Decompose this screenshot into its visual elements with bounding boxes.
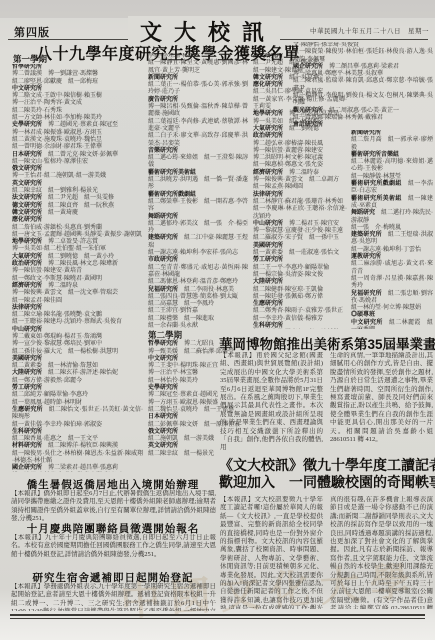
winner-name-line: 組二陳健群·陳室琼·王凱倫 xyxy=(253,287,347,294)
winner-name-line: 組一陳孟燕·陳國圓 xyxy=(253,184,347,191)
winner-name-line: 組二鄭榮華·王俊彬 組一開若惠·李啓容 xyxy=(148,199,248,214)
winner-name-line: 組一陳建文·陳世璋 xyxy=(253,68,347,75)
institute-section-header: 生科研究所 xyxy=(253,323,347,329)
winner-name-line: 組一李幸玲·黃信儀·楊雅芳 xyxy=(253,316,347,323)
article-b1-body-left: 【本報訊】甫於國父紀念館(國畫組、西畫組)與世貿展覽館(設計組)完成展出的中國文… xyxy=(220,352,323,452)
winner-name-line: 組二陳禮樂 組一陳進取 xyxy=(148,316,248,323)
winner-name-line: 組二陳美玲·石秀珠 xyxy=(12,108,143,115)
winner-name-line: 組一王聰裕·陳建均·沈穎玲·蔡輝武·吳俊育 xyxy=(12,319,143,326)
winner-name-line: 博一吳美如 組二林育琼 xyxy=(253,119,347,126)
winner-name-line: 組二麻添勝·戚旭志·黃文君·來青青 xyxy=(351,261,433,276)
winner-name-line: 組二廖堅恩·邱獻慶 組一邱梅瑄 xyxy=(12,79,143,86)
winner-name-line: 地學研究所 博二許志賞·卓盈旻 xyxy=(253,111,347,118)
institute-section-header: 法律研究所 xyxy=(253,192,347,199)
winner-name-line: 組二王一平·李惠玲·顧陽翠愉 xyxy=(253,265,347,272)
winner-name-line: 組一黃佳儀·李幸玲·陳伯璋·郭淑姿 xyxy=(12,422,143,429)
winner-name-line: 兒福研究所 組二李雨役·林惠美 xyxy=(148,287,248,294)
issue-date: 中華民國九十年五月二十八日 星期一 xyxy=(307,26,429,35)
winner-name-line: 生應研究所 組二陳怡文·張世正·呂美虹·黃文信·陳琬彤 xyxy=(12,407,143,422)
winner-name-line: 組二邱純芳·顧陽翠愉·李惠玲 xyxy=(12,392,143,399)
winner-name-line: 材料研究所 組二陳博洋·楊牧臣·陳興漢 xyxy=(12,443,143,450)
winner-name-line: 博一汪治平·陶秀容·黃文成 xyxy=(12,100,143,107)
winner-name-line: 組二葉福廷·李尚修·武連斌·蔡敬譚·林進豪·文麗平 xyxy=(148,119,248,134)
name-list-col3: 法文研究所組二尹光超 組一鄭亮宏組一陳建文·陳世璋韓文研究所 組一吳京燕應化研究… xyxy=(253,53,347,329)
article-b2-body-left: 【本報訊】文大校訊要徵九十學年度工讀記者囉!這份屬於華岡人的報紙—《文大校訊》,… xyxy=(220,496,323,609)
article-b1-headline: 華岡博物館推出美術系第35屆畢業畫展 xyxy=(219,333,433,353)
article-b2-headline-line2: 歡迎加入 一同體驗校園的奇聞軼事 xyxy=(219,474,433,491)
winner-name-line: 組一謝志遠·賴坤利·丁雲怡 xyxy=(351,247,433,254)
winner-name-line: 史學研究所 博二趙國光·蔡素貞·陳冠至 xyxy=(12,122,143,129)
winner-name-line: 日本研究所 組二曾元克·陳文妍·彭佩華 xyxy=(12,152,143,159)
winner-name-line: 組二吳昌仁·廖學誠·袁易宏 xyxy=(253,89,347,96)
name-list-col4: 新聞研究所組二詹月喬 組一郭承章·廖煙毅藝術研究所音樂組組二林麗霞·高明德·來煒… xyxy=(351,130,433,329)
winner-name-line: 組二詹伯威·游鎮松·吳惠真·劉秀蘭 xyxy=(12,225,143,232)
institute-section-header: 勞工研究所 xyxy=(253,257,347,264)
winner-name-line: 組二洪曉芳·洪明遇 組一僑一賢·潘蓬彤 xyxy=(148,177,248,192)
winner-name-line: 組二詹月喬 組一郭承章·廖煙毅 xyxy=(351,137,433,152)
winner-name-line: 組一陳靜儀·林慧瑩 xyxy=(351,174,433,181)
winner-name-line: 組二白子禾·廖文華·高致存·邱慶華·洪榮杰·呂娈笑 xyxy=(148,133,248,148)
page-number-label: 第四版 xyxy=(14,24,50,40)
winner-name-line: 中文研究所 組二林麗霞 組一麻秀卿 xyxy=(351,320,433,329)
winner-name-line: 組二羅淑芬·宋子賢 組一孫中玉 xyxy=(253,235,347,242)
article-b2-body-right: 真的很有趣,在許多機會上報導表演節目或是選一場令你感動不已的演講;而新聞二謝靜韻… xyxy=(330,496,433,609)
institute-section-header: 廣告研究所 xyxy=(148,97,248,104)
winner-name-line: 組一黃家官·李文馨·楊正修·孟麗卿·王莉雯 xyxy=(253,97,347,112)
winner-name-line: 組一李慶琳·林正欣·王聰裕·余信達·沈穎玲 xyxy=(253,206,347,221)
institute-section-header: 大陸研究所 xyxy=(253,279,347,286)
winner-name-line: 建築研究所 組二江中豪·陳麗慧·王煜瑞 xyxy=(148,235,248,250)
winner-name-line: 組一曾明德·余添財·廖君珠·王偉華 xyxy=(12,144,143,151)
institute-section-header: 法律研究所 xyxy=(12,305,143,312)
newspaper-page: 中國文化大學 第四版 文大校訊 中華民國九十年五月二十八日 星期一 八十九學年度… xyxy=(0,0,435,640)
winner-name-line: 組一鄭方偉·游毅然·邱麗今 xyxy=(12,378,143,385)
winner-name-line: 組一陳惠楨·鄭惠文·張允姿 xyxy=(253,162,347,169)
winner-name-line: 組二尹光超 組一鄭亮宏 xyxy=(253,60,347,67)
winner-name-line: 組二張四良·曾慧態·簡菜格·劉太甌 xyxy=(148,294,248,301)
winner-name-line: 博一陳信螢·陳建安·黃培青 xyxy=(12,268,143,275)
winner-name-line: 經濟研究所 博二溫時泰 xyxy=(253,170,347,177)
winner-name-line: 兒福研究所 組二張忠順·劉容孜·馮娩君 xyxy=(351,291,433,306)
winner-name-line: 組二孫佳佞·羅大元 組一楊松樹·洪慧明 xyxy=(12,349,143,356)
winner-name-line: 藝術研究所美術組 組一陳建成·巫素貞 xyxy=(351,196,433,211)
winner-name-line: 組二馮愫恩·林登莉·溫青彥·鄭應玲 xyxy=(148,279,248,286)
article-b2-headline: 《文大校訊》徵九十學年度工讀記者 歡迎加入 一同體驗校園的奇聞軼事 xyxy=(219,457,433,491)
winner-name-line: 舞蹈研究 組二邁打玲·陳洗民·游淑靜 xyxy=(351,210,433,225)
winner-name-line: 組一陳靜宜·陳呈文·黃曉惠·劉國彥·林鳳宜·黃上芳·龔明芝 xyxy=(148,60,248,75)
winner-name-line: 藝術研究所戲劇組 組一李浩臣·白志宏 xyxy=(351,181,433,196)
institute-section-header: 市政研究所 xyxy=(148,257,248,264)
institute-section-header: 英文研究所 xyxy=(12,181,143,188)
article-b2-headline-line1: 《文大校訊》徵九十學年度工讀記者 xyxy=(219,457,433,474)
bottom-rule xyxy=(10,614,425,619)
winner-name-line: 國企研究所 博二梁素君·趙昌華·張惠莉 xyxy=(12,465,143,472)
winner-name-line: 博二曾議漢 博一劉謙萱·馮燦馨 xyxy=(12,71,143,78)
winner-name-line: 組一周奇澤·呂星漢·陳嘉燕·陳秀玲 xyxy=(351,276,433,291)
winner-name-line: 博一陳俊興·黃雲文 組一沈文華·管瑞芸 xyxy=(12,290,143,297)
winner-name-line: 大陸研究所 組二陳玄祥·游評述·陳怡妮 xyxy=(12,370,143,377)
institute-section-header: 美國研究所 xyxy=(253,243,347,250)
winner-name-line: 博一王怡君·組二施朝凱·組一游美娥 xyxy=(12,173,143,180)
winner-name-line: 博一宣少俊·黎淑慧·鄭培民·劉軍中 xyxy=(12,341,143,348)
article-a1-body: 【本報訊】僑外組即日起至6月7日止,代辦暑假僑生返僑居地出入境手續,請同學攜帶應… xyxy=(11,490,216,521)
article-b1-body-right: 生命的真情,一筆筆地描繪設計出,其細膩用心的創作方式,皆是自由、擺脫盡情所致的發… xyxy=(330,352,433,452)
winner-name-line: 大氣研究所 組二劉曉憶 組一黃小玲 xyxy=(12,254,143,261)
institute-section-header: 應化研究所 xyxy=(12,217,143,224)
institute-section-header: 中山研究所 xyxy=(12,327,143,334)
winner-name-line: 組一鄭政文·李斯慧·陳曉君·黃國明 xyxy=(12,276,143,283)
winner-name-line: 建築研究所 組二王煜瑞·洪淑惠·吳悠明 xyxy=(351,232,433,247)
winner-name-line: 組二鄭秀杏·陳雨子·袁雅芳·張世正 xyxy=(253,308,347,315)
winner-name-line: 組一陳廷發·張佩茹·鄭方偉 xyxy=(253,294,347,301)
name-list-col1: 哲學研究所博二曾議漢 博一劉謙萱·馮燦馨組二廖堅恩·邱獻慶 組一邱梅瑄中文研究所… xyxy=(12,64,143,472)
winner-name-line: 組一陳孟君·陳佳圓 xyxy=(12,298,143,305)
institute-section-header: 藝術研究所美術組 xyxy=(148,170,248,177)
winner-name-line: 組一葉鳳凰·趙時節·林明財 xyxy=(12,400,143,407)
institute-section-header: ◎碩專班 xyxy=(351,312,433,319)
institute-section-header: 政治研究所 xyxy=(253,133,347,140)
article-a3-body: 【本報訊】學務處僑外組表示,九十學年度第一學期研究生宿舍遞補即日起開始登記,意者… xyxy=(11,583,216,611)
winner-name-line: 組一余春蘭·吳永猷 xyxy=(148,323,248,330)
winner-name-line: 博二趙弘章·廖椿濤·陳長風 xyxy=(253,141,347,148)
winner-name-line: 組二邁郁玲·郭美汶 組一張 介·楊亞玲 xyxy=(148,221,248,236)
institute-section-header: 藝術研究所戲劇組 xyxy=(148,192,248,199)
winner-name-line: 組一陳俊男·吳仕之·林柏樹·陳恩杰·朱益新·陳威翔·林德杰·林仕韜 xyxy=(12,451,143,466)
winner-name-line: 組二葉正一·楊伯恭·張心美·郭承強·劉玲婷·莊乃子 xyxy=(148,82,248,97)
winner-name-line: 組二林麗霞·高明德·來煒姐·邁心筠·王俊彬 xyxy=(351,159,433,174)
winner-name-line: 法文研究所 組二尹光超 組一吳雯修 xyxy=(12,195,143,202)
winner-name-line: 組二邁心筠·來煒姐 組一王澄梨·陳諄儀 xyxy=(148,155,248,170)
article-a2-body: 【本報訊】九十年十月慶典陪團聯絡員徵選,自即日起至六月廿日止報名。本校有意於國慶… xyxy=(11,534,216,568)
winner-name-line: 博一林君成·陳振盛·歐淑恩·方翊玉 xyxy=(12,130,143,137)
winner-name-line: 博一陳呂相·吳甄倫·溫秋香·陳草樺·曾麗薇·施國政 xyxy=(148,104,248,119)
institute-section-header: 舞蹈研究所 xyxy=(148,214,248,221)
winner-name-line: 組二至青青·鄭盛元·戚旭志·黃恆兩·陳嘉莅·林國龍 xyxy=(148,265,248,280)
winner-name-line: 博一吳美如·組二杜伯聖·組一朱伯軍 xyxy=(12,246,143,253)
winner-name-line: 組二王沛宜·劉哲嘉 xyxy=(148,308,248,315)
winner-name-line: 德文研究所 組二陳貞齊 組一阮秋燕 xyxy=(12,203,143,210)
